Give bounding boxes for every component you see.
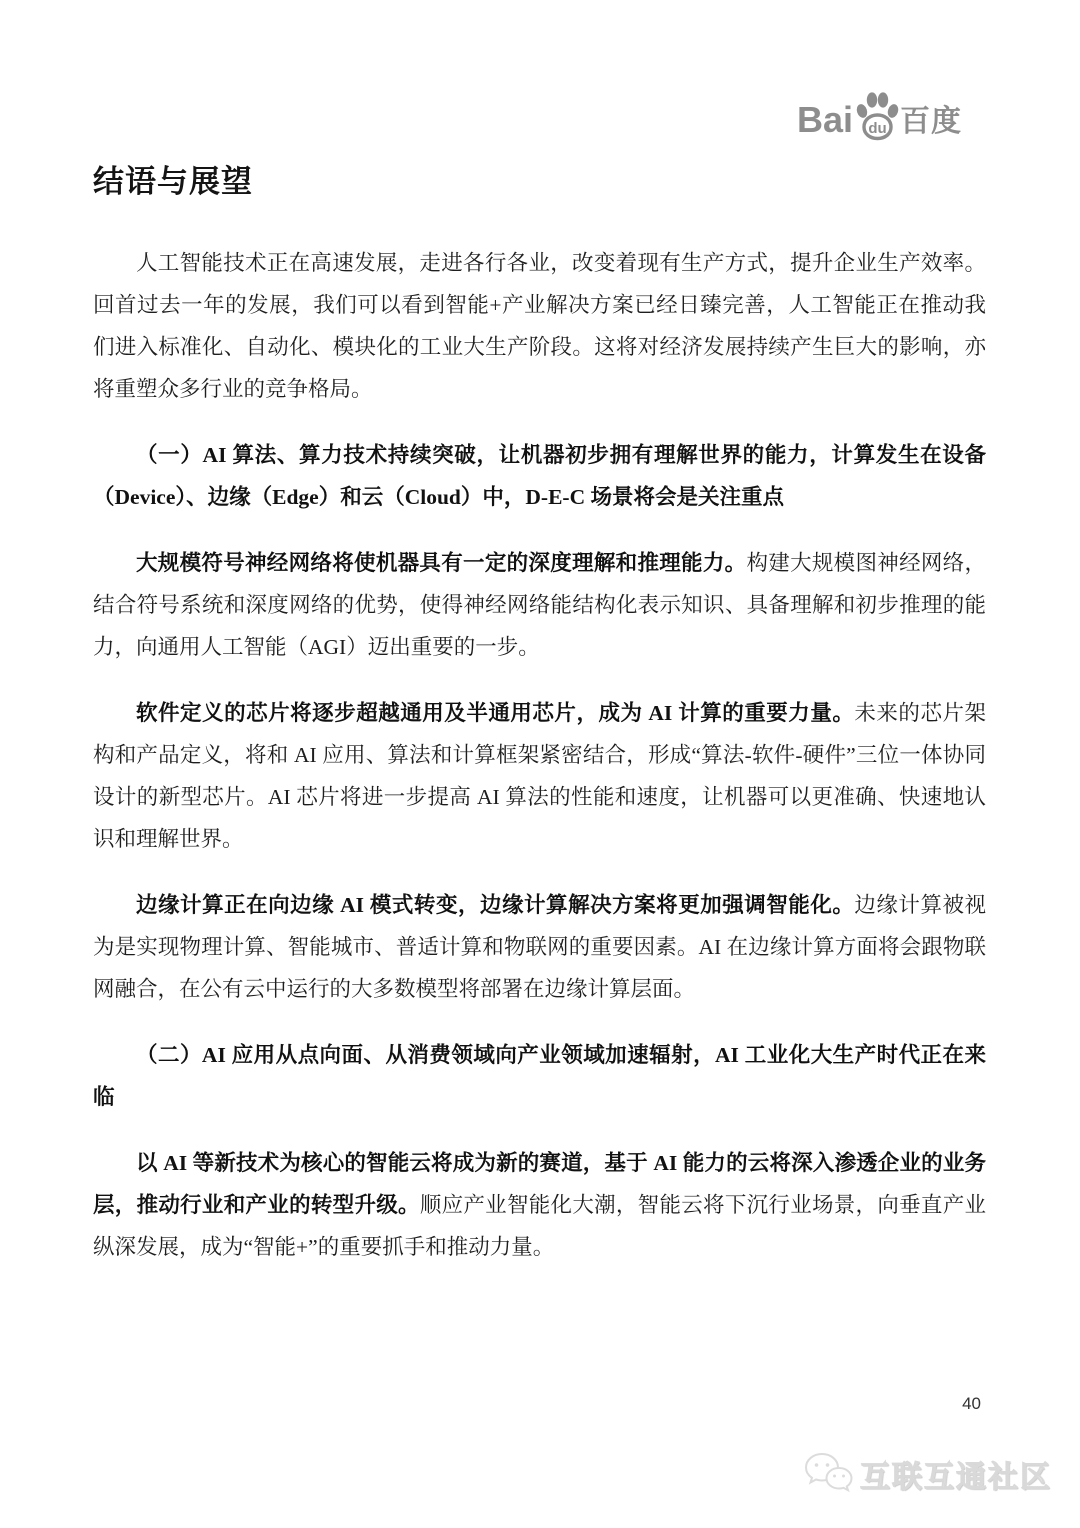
baidu-paw-icon: du (854, 90, 900, 142)
paragraph-text: 人工智能技术正在高速发展，走进各行各业，改变着现有生产方式，提升企业生产效率。回… (93, 251, 986, 401)
baidu-logo-bai-text: Bai (797, 102, 853, 138)
paragraph-lead: 大规模符号神经网络将使机器具有一定的深度理解和推理能力。 (136, 551, 746, 575)
baidu-logo: Bai du 百度 (797, 90, 962, 138)
document-page: Bai du 百度 结语与展望 人工智能技术正在高速发展，走进各行各业，改变着现… (0, 0, 1080, 1528)
document-body: 人工智能技术正在高速发展，走进各行各业，改变着现有生产方式，提升企业生产效率。回… (93, 242, 986, 1292)
paragraph-edge-computing: 边缘计算正在向边缘 AI 模式转变，边缘计算解决方案将更加强调智能化。边缘计算被… (93, 884, 986, 1010)
section-heading-2: （二）AI 应用从点向面、从消费领域向产业领域加速辐射，AI 工业化大生产时代正… (93, 1034, 986, 1118)
watermark-text: 互联互通社区 (860, 1452, 1052, 1496)
baidu-logo-du-text: du (868, 120, 886, 137)
heading-text: （二）AI 应用从点向面、从消费领域向产业领域加速辐射，AI 工业化大生产时代正… (93, 1043, 986, 1109)
wechat-icon (802, 1450, 854, 1498)
heading-text: （一）AI 算法、算力技术持续突破，让机器初步拥有理解世界的能力，计算发生在设备… (93, 443, 986, 509)
page-number: 40 (962, 1394, 981, 1414)
paragraph-neural-networks: 大规模符号神经网络将使机器具有一定的深度理解和推理能力。构建大规模图神经网络，结… (93, 542, 986, 668)
paragraph-lead: 软件定义的芯片将逐步超越通用及半通用芯片，成为 AI 计算的重要力量。 (136, 701, 854, 725)
intro-paragraph: 人工智能技术正在高速发展，走进各行各业，改变着现有生产方式，提升企业生产效率。回… (93, 242, 986, 410)
paragraph-chips: 软件定义的芯片将逐步超越通用及半通用芯片，成为 AI 计算的重要力量。未来的芯片… (93, 692, 986, 860)
baidu-logo-cn-text: 百度 (900, 107, 962, 137)
community-watermark: 互联互通社区 (802, 1450, 1052, 1498)
section-heading-1: （一）AI 算法、算力技术持续突破，让机器初步拥有理解世界的能力，计算发生在设备… (93, 434, 986, 518)
paragraph-lead: 边缘计算正在向边缘 AI 模式转变，边缘计算解决方案将更加强调智能化。 (136, 893, 854, 917)
page-title: 结语与展望 (93, 156, 253, 201)
paragraph-smart-cloud: 以 AI 等新技术为核心的智能云将成为新的赛道，基于 AI 能力的云将深入渗透企… (93, 1142, 986, 1268)
